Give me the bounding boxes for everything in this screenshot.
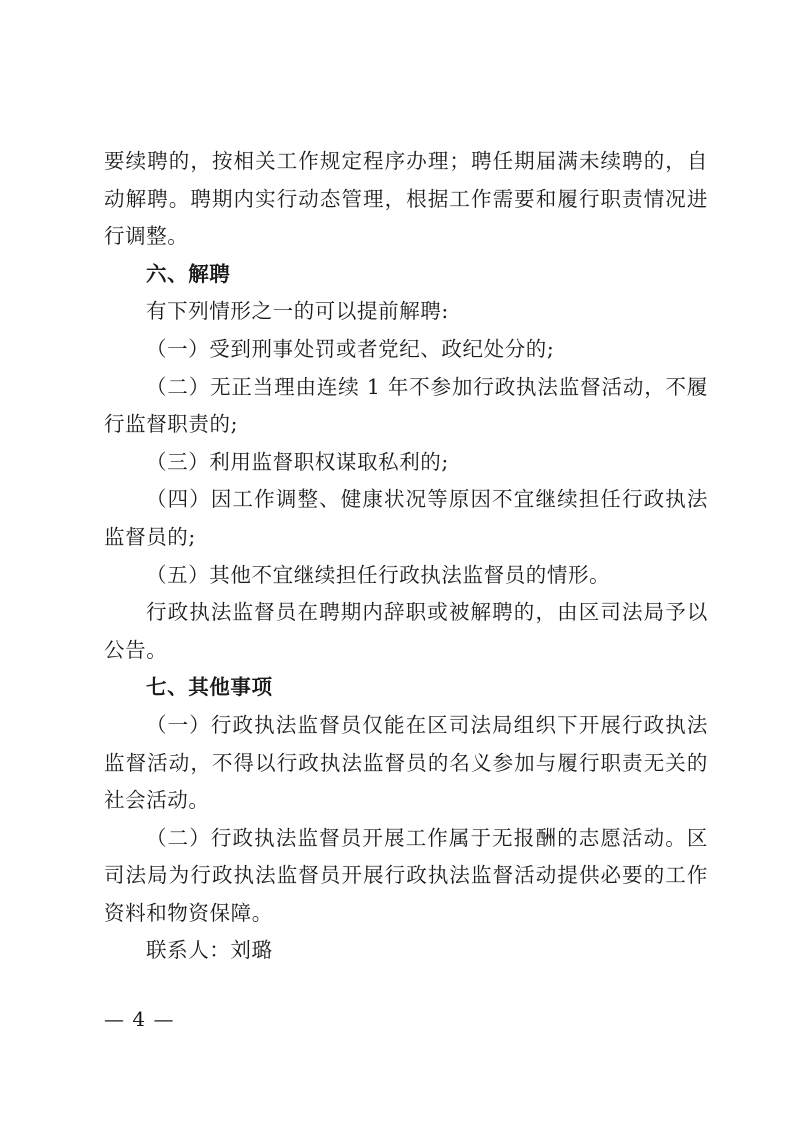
text-line: （二）行政执法监督员开展工作属于无报酬的志愿活动。区	[104, 820, 708, 858]
text-line: 动解聘。聘期内实行动态管理，根据工作需要和履行职责情况进	[104, 181, 708, 219]
text-line: 行调整。	[104, 218, 708, 256]
text-line: （一）受到刑事处罚或者党纪、政纪处分的;	[104, 331, 708, 369]
text-line: 联系人：刘璐	[104, 932, 708, 970]
text-line: （五）其他不宜继续担任行政执法监督员的情形。	[104, 557, 708, 595]
text-line: 社会活动。	[104, 782, 708, 820]
text-line: （二）无正当理由连续 1 年不参加行政执法监督活动，不履	[104, 369, 708, 407]
section-heading: 七、其他事项	[104, 669, 708, 707]
section-heading: 六、解聘	[104, 256, 708, 294]
text-line: 行监督职责的;	[104, 406, 708, 444]
text-line: 司法局为行政执法监督员开展行政执法监督活动提供必要的工作	[104, 857, 708, 895]
text-line: （三）利用监督职权谋取私利的;	[104, 444, 708, 482]
text-line: 资料和物资保障。	[104, 895, 708, 933]
text-line: 监督活动，不得以行政执法监督员的名义参加与履行职责无关的	[104, 745, 708, 783]
document-page: 要续聘的，按相关工作规定程序办理；聘任期届满未续聘的，自动解聘。聘期内实行动态管…	[104, 143, 708, 970]
text-line: 公告。	[104, 632, 708, 670]
text-line: 要续聘的，按相关工作规定程序办理；聘任期届满未续聘的，自	[104, 143, 708, 181]
page-number: — 4 —	[104, 1004, 174, 1034]
text-line: 行政执法监督员在聘期内辞职或被解聘的，由区司法局予以	[104, 594, 708, 632]
text-line: （四）因工作调整、健康状况等原因不宜继续担任行政执法	[104, 481, 708, 519]
text-line: 监督员的;	[104, 519, 708, 557]
text-line: （一）行政执法监督员仅能在区司法局组织下开展行政执法	[104, 707, 708, 745]
text-line: 有下列情形之一的可以提前解聘:	[104, 293, 708, 331]
